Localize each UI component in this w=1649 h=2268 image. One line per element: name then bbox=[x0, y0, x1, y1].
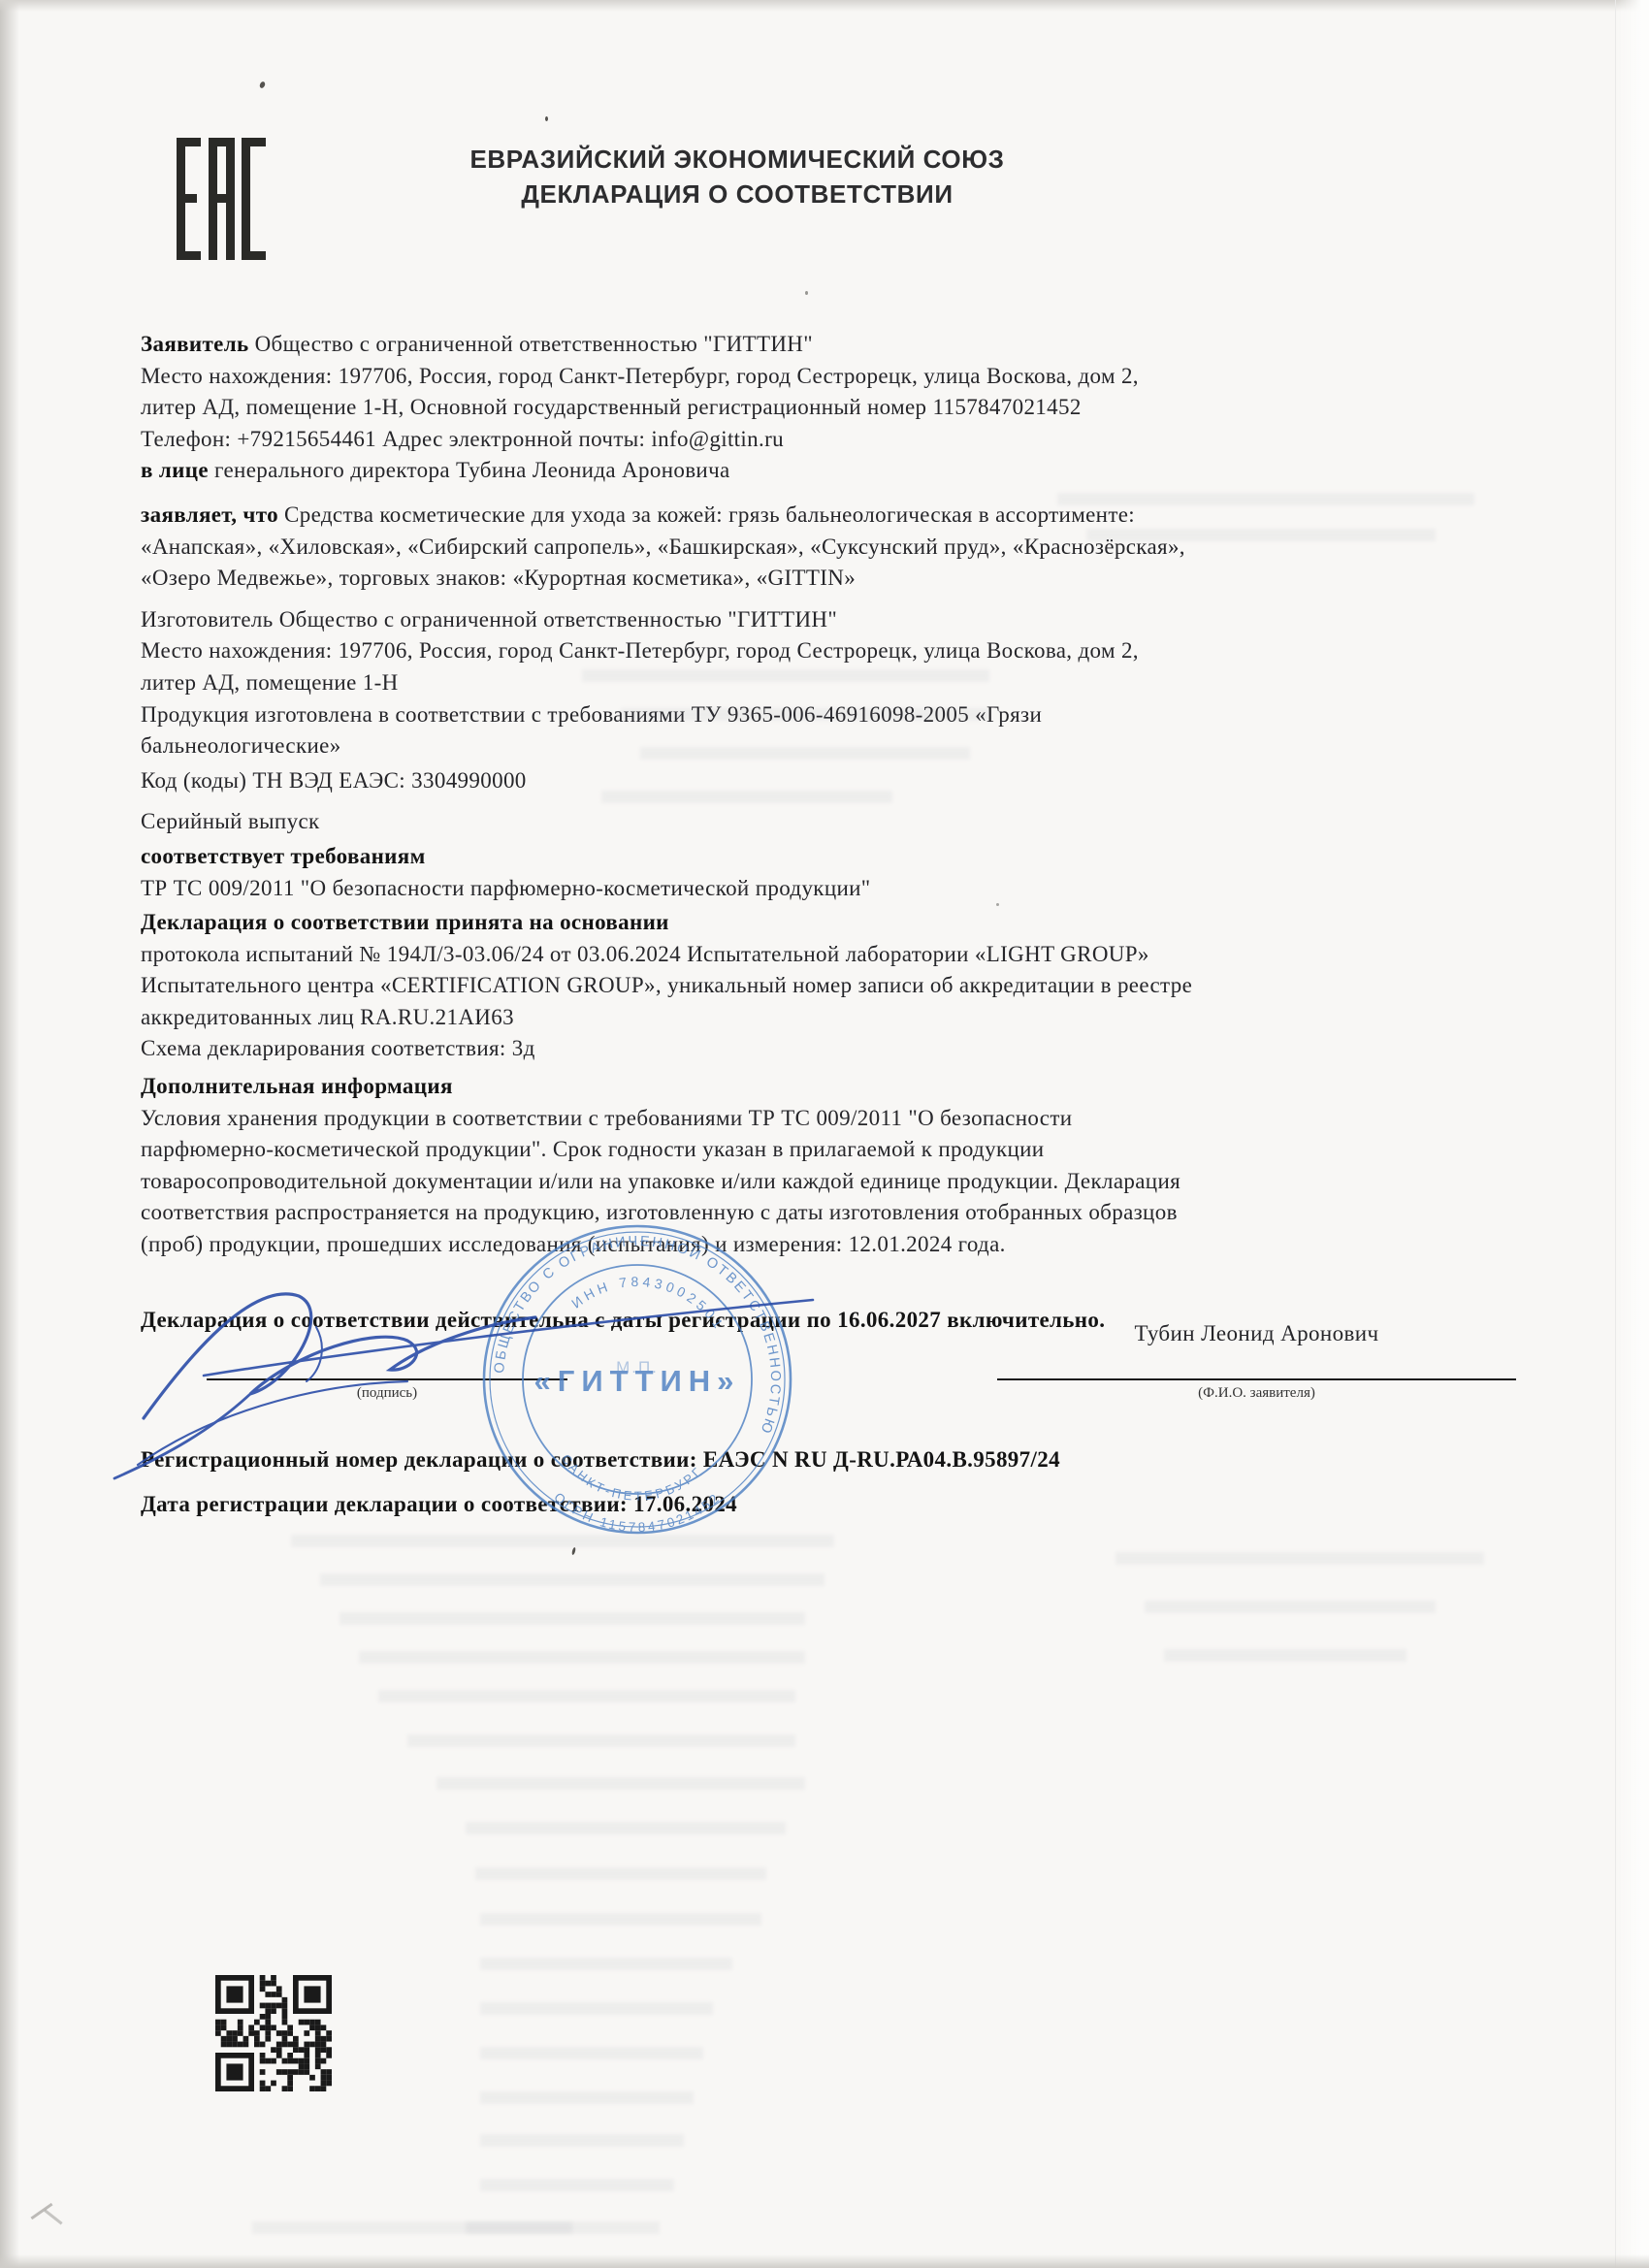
scan-speck bbox=[571, 1547, 576, 1556]
bleed-through-line bbox=[1086, 529, 1436, 541]
fio-line bbox=[997, 1378, 1516, 1380]
page-title-line1: ЕВРАЗИЙСКИЙ ЭКОНОМИЧЕСКИЙ СОЮЗ bbox=[417, 142, 1057, 177]
fio-caption: (Ф.И.О. заявителя) bbox=[997, 1385, 1516, 1402]
bleed-through-line bbox=[480, 1958, 732, 1970]
text-line: литер АД, помещение 1-Н, Основной госуда… bbox=[141, 392, 1537, 424]
bleed-through-line bbox=[1164, 1649, 1406, 1662]
bleed-through-line bbox=[1115, 1552, 1484, 1565]
text-line: Изготовитель Общество с ограниченной отв… bbox=[141, 604, 1537, 636]
bleed-through-line bbox=[480, 2134, 684, 2147]
bleed-through-line bbox=[475, 1867, 766, 1880]
scan-speck bbox=[805, 291, 808, 295]
scanned-declaration-page: ЕВРАЗИЙСКИЙ ЭКОНОМИЧЕСКИЙ СОЮЗ ДЕКЛАРАЦИ… bbox=[0, 0, 1649, 2268]
bleed-through-line bbox=[480, 2091, 694, 2104]
text-line: товаросопроводительной документации и/ил… bbox=[141, 1166, 1537, 1198]
bleed-through-line bbox=[378, 1690, 795, 1702]
text-line: Серийный выпуск bbox=[141, 806, 1537, 838]
bleed-through-line bbox=[582, 669, 989, 682]
scan-corner-mark bbox=[30, 2203, 52, 2219]
text-line: Дополнительная информация bbox=[141, 1071, 1537, 1103]
bleed-through-line bbox=[601, 791, 892, 803]
bleed-through-line bbox=[320, 1573, 824, 1586]
scan-edge-bottom bbox=[0, 2254, 1649, 2268]
bleed-through-line bbox=[291, 1535, 834, 1547]
text-line: Декларация о соответствии принята на осн… bbox=[141, 907, 1537, 939]
text-line: Телефон: +79215654461 Адрес электронной … bbox=[141, 424, 1537, 456]
bleed-through-line bbox=[640, 747, 970, 760]
bleed-through-line bbox=[480, 2002, 713, 2015]
scan-edge-top bbox=[0, 0, 1649, 12]
page-title-line2: ДЕКЛАРАЦИЯ О СООТВЕТСТВИИ bbox=[417, 177, 1057, 211]
applicant-name: Тубин Леонид Аронович bbox=[997, 1321, 1516, 1346]
bleed-through-line bbox=[1145, 1601, 1436, 1613]
text-line: Заявитель Общество с ограниченной ответс… bbox=[141, 329, 1537, 361]
scan-edge-left bbox=[0, 0, 19, 2268]
text-line: протокола испытаний № 194Л/3-03.06/24 от… bbox=[141, 939, 1537, 971]
text-line: Испытательного центра «CERTIFICATION GRO… bbox=[141, 970, 1537, 1002]
bleed-through-line bbox=[621, 708, 989, 721]
text-line: соответствует требованиям bbox=[141, 841, 1537, 873]
text-line: ТР ТС 009/2011 "О безопасности парфюмерн… bbox=[141, 873, 1537, 905]
bleed-through-line bbox=[466, 1822, 786, 1834]
bleed-through-line bbox=[480, 2179, 674, 2191]
document-title: ЕВРАЗИЙСКИЙ ЭКОНОМИЧЕСКИЙ СОЮЗ ДЕКЛАРАЦИ… bbox=[417, 142, 1057, 211]
bleed-through-line bbox=[359, 1651, 805, 1664]
bleed-through-line bbox=[1057, 493, 1474, 505]
text-line: Место нахождения: 197706, Россия, город … bbox=[141, 635, 1537, 667]
bleed-through-line bbox=[339, 1612, 805, 1625]
handwritten-signature bbox=[87, 1234, 854, 1496]
scan-speck bbox=[259, 81, 266, 88]
bleed-through-line bbox=[407, 1734, 795, 1747]
text-line: парфюмерно-косметической продукции". Сро… bbox=[141, 1134, 1537, 1166]
text-line: соответствия распространяется на продукц… bbox=[141, 1197, 1537, 1229]
eac-mark-icon bbox=[177, 138, 266, 260]
bleed-through-line bbox=[436, 1777, 805, 1790]
qr-code bbox=[215, 1975, 332, 2091]
scan-speck bbox=[545, 116, 548, 121]
text-line: аккредитованных лиц RA.RU.21АИ63 bbox=[141, 1002, 1537, 1034]
bleed-through-line bbox=[480, 2047, 703, 2059]
text-line: Место нахождения: 197706, Россия, город … bbox=[141, 361, 1537, 393]
bleed-through-line bbox=[480, 1913, 761, 1926]
text-line: в лице генерального директора Тубина Лео… bbox=[141, 455, 1537, 487]
text-line: Условия хранения продукции в соответстви… bbox=[141, 1103, 1537, 1135]
scan-speck bbox=[996, 903, 999, 906]
bleed-through-line bbox=[466, 2221, 660, 2234]
text-line: Схема декларирования соответствия: 3д bbox=[141, 1033, 1537, 1065]
text-line: «Озеро Медвежье», торговых знаков: «Куро… bbox=[141, 563, 1537, 595]
scan-corner-mark bbox=[44, 2210, 62, 2225]
scan-edge-right bbox=[1615, 0, 1649, 2268]
